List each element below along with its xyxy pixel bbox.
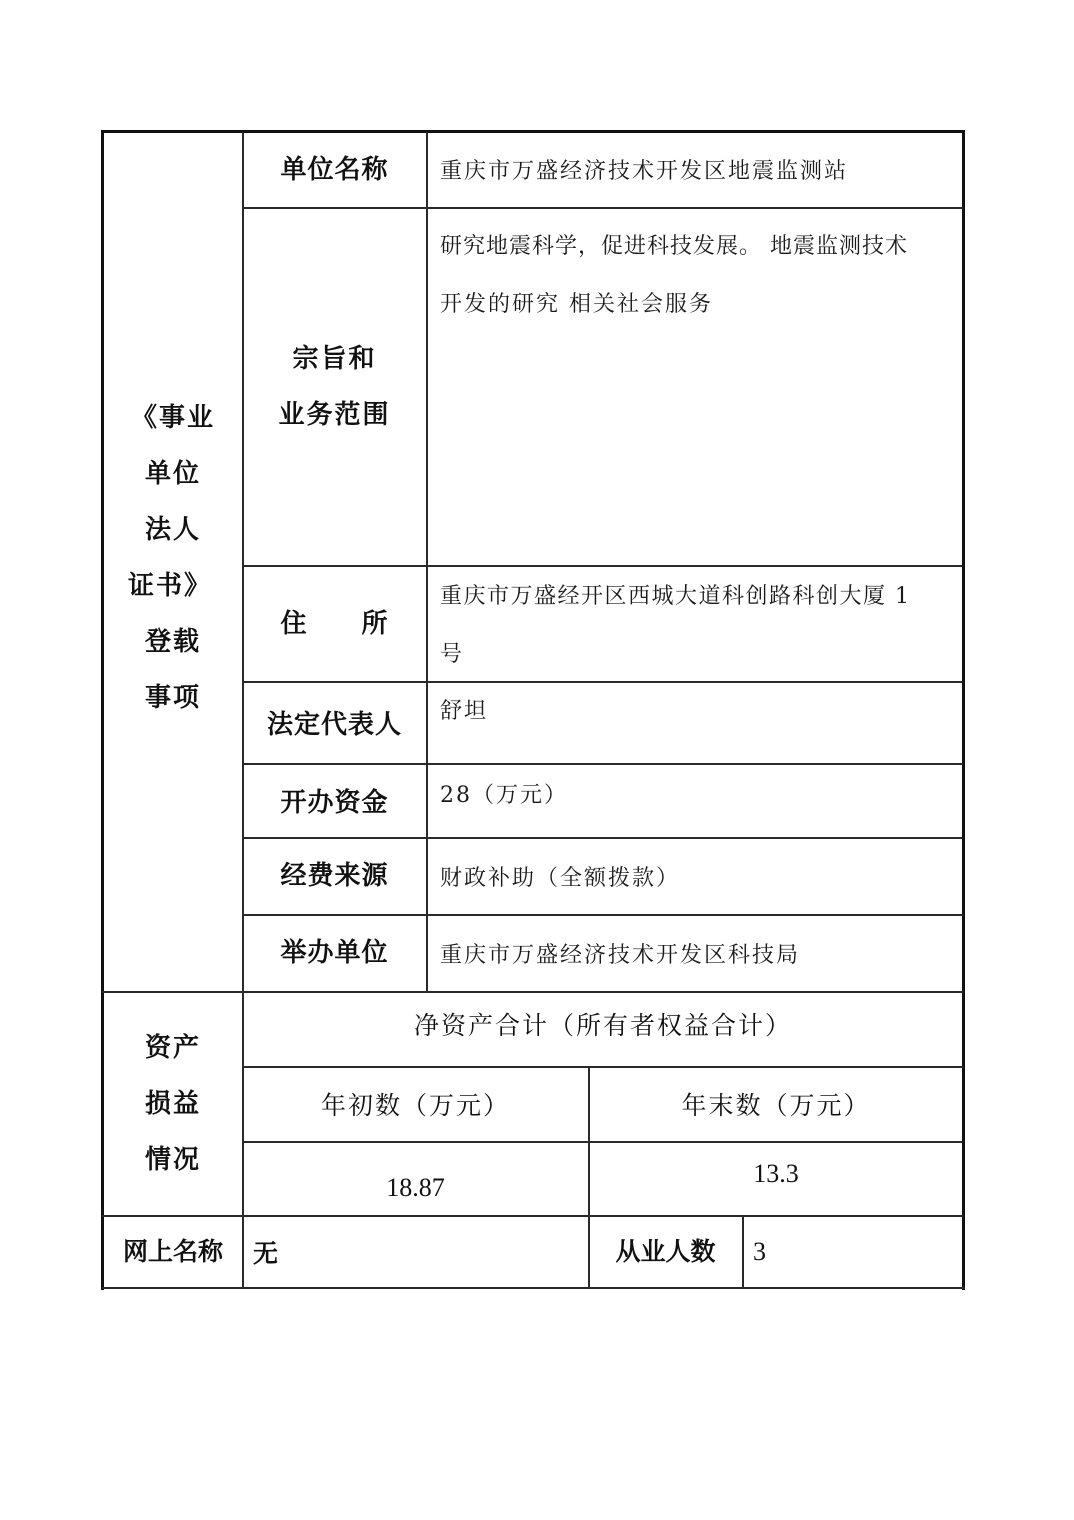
table-border-bottom <box>102 1287 965 1289</box>
label-line: 损益 <box>145 1076 201 1132</box>
unit-name-value: 重庆市万盛经济技术开发区地震监测站 <box>428 132 963 207</box>
net-assets-header: 净资产合计（所有者权益合计） <box>243 992 963 1066</box>
registered-capital-value: 28（万元） <box>428 764 963 837</box>
unit-name-label: 单位名称 <box>243 132 426 207</box>
address-value: 重庆市万盛经开区西城大道科创路科创大厦 1 号 <box>428 566 963 681</box>
value-line: 号 <box>440 626 464 684</box>
online-name-value: 无 <box>243 1216 588 1287</box>
start-of-year-header: 年初数（万元） <box>243 1067 588 1141</box>
label-line: 登载 <box>145 614 201 670</box>
registration-document-page: 《事业 单位 法人 证书》 登载 事项 单位名称 重庆市万盛经济技术开发区地震监… <box>0 0 1074 1520</box>
employees-value: 3 <box>743 1216 963 1287</box>
label-line: 资产 <box>145 1020 201 1076</box>
assets-section-label: 资产 损益 情况 <box>104 992 242 1215</box>
label-line: 业务范围 <box>278 387 390 443</box>
funding-source-label: 经费来源 <box>243 838 426 914</box>
value-line: 重庆市万盛经开区西城大道科创路科创大厦 1 <box>440 568 911 626</box>
legal-representative-value: 舒坦 <box>428 682 963 763</box>
funding-source-value: 财政补助（全额拨款） <box>428 838 963 914</box>
sponsor-unit-value: 重庆市万盛经济技术开发区科技局 <box>428 915 963 991</box>
end-of-year-value: 13.3 <box>589 1142 963 1215</box>
purpose-scope-value: 研究地震科学，促进科技发展。 地震监测技术 开发的研究 相关社会服务 <box>428 208 963 565</box>
address-label: 住 所 <box>243 566 426 681</box>
purpose-scope-label: 宗旨和 业务范围 <box>243 208 426 565</box>
value-line: 研究地震科学，促进科技发展。 地震监测技术 <box>440 218 908 276</box>
end-of-year-header: 年末数（万元） <box>589 1067 963 1141</box>
label-line: 单位 <box>145 446 201 502</box>
value-line: 开发的研究 相关社会服务 <box>440 276 713 334</box>
registered-capital-label: 开办资金 <box>243 764 426 837</box>
label-line: 情况 <box>145 1132 201 1188</box>
registration-section-label: 《事业 单位 法人 证书》 登载 事项 <box>104 390 242 730</box>
online-name-label: 网上名称 <box>104 1216 242 1287</box>
label-line: 宗旨和 <box>292 331 376 387</box>
sponsor-unit-label: 举办单位 <box>243 915 426 991</box>
label-line: 证书》 <box>128 558 212 614</box>
label-line: 《事业 <box>131 390 215 446</box>
label-line: 法人 <box>145 502 201 558</box>
label-line: 事项 <box>145 670 201 726</box>
legal-representative-label: 法定代表人 <box>243 682 426 763</box>
employees-label: 从业人数 <box>589 1216 742 1287</box>
start-of-year-value: 18.87 <box>243 1142 588 1215</box>
